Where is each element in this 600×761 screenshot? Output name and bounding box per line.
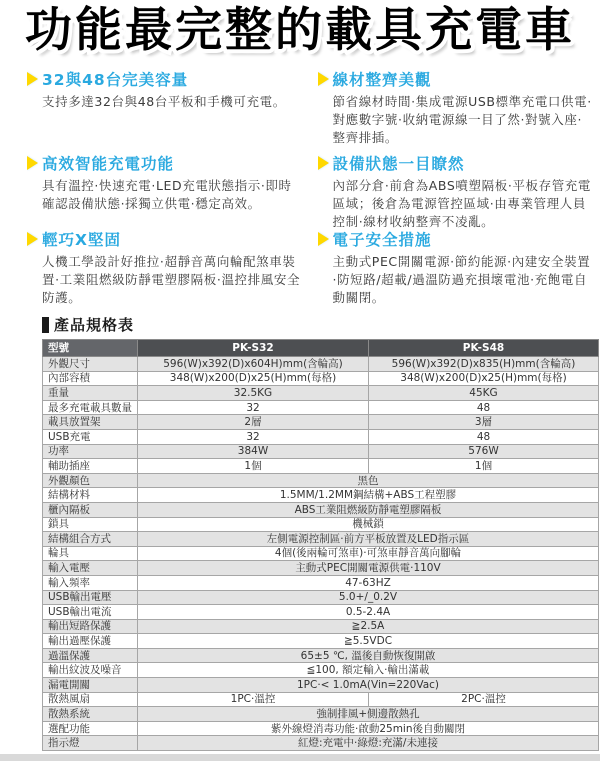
- spec-table-title: 產品規格表: [42, 314, 598, 335]
- spec-row-label: 輸出過壓保護: [43, 634, 138, 649]
- spec-row: 外觀顏色黑色: [43, 473, 599, 488]
- spec-row: 輸出過壓保護≧5.5VDC: [43, 634, 599, 649]
- feature-heading: 設備狀態一目瞭然: [333, 152, 465, 174]
- features-column-right: 線材整齊美觀節省線材時間·集成電源USB標準充電口供電·對應數字號·收納電源線一…: [318, 68, 595, 306]
- spec-value-pk-s48: 348(W)x200(D)x25(H)mm(每格): [369, 371, 599, 386]
- spec-row: 過溫保護65±5 ℃, 溫後自動恢復開啟: [43, 648, 599, 663]
- col-header-pk-s32: PK-S32: [138, 340, 369, 357]
- spec-row-label: 重量: [43, 386, 138, 401]
- triangle-bullet-icon: [318, 232, 329, 246]
- spec-row: 選配功能紫外線燈消毒功能·啟動25min後自動關閉: [43, 721, 599, 736]
- spec-value-pk-s48: 45KG: [369, 386, 599, 401]
- spec-value-merged: 65±5 ℃, 溫後自動恢復開啟: [138, 648, 599, 663]
- spec-row-label: 內部容積: [43, 371, 138, 386]
- triangle-bullet-icon: [27, 72, 38, 86]
- page-title-text: 功能最完整的載具充電車: [25, 3, 575, 58]
- features-section: 32與48台完美容量支持多達32台與48台平板和手機可充電。高效智能充電功能具有…: [0, 62, 600, 306]
- spec-value-merged: 黑色: [138, 473, 599, 488]
- spec-row-label: 結構材料: [43, 488, 138, 503]
- spec-row: 散熱系統強制排風+側邊散熱孔: [43, 707, 599, 722]
- spec-row-label: USB輸出電壓: [43, 590, 138, 605]
- spec-row: USB輸出電流0.5-2.4A: [43, 605, 599, 620]
- spec-row-label: 功率: [43, 444, 138, 459]
- spec-row: 載具放置架2層3層: [43, 415, 599, 430]
- spec-value-pk-s48: 3層: [369, 415, 599, 430]
- spec-table: 型號 PK-S32 PK-S48 外觀尺寸596(W)x392(D)x604H)…: [42, 339, 599, 751]
- spec-value-pk-s32: 1個: [138, 459, 369, 474]
- spec-value-pk-s32: 32.5KG: [138, 386, 369, 401]
- spec-value-merged: 1PC·< 1.0mA(Vin=220Vac): [138, 678, 599, 693]
- spec-value-pk-s32: 1PC·溫控: [138, 692, 369, 707]
- title-bar-icon: [42, 317, 49, 333]
- spec-row: 鎖具機械鎖: [43, 517, 599, 532]
- spec-value-merged: 強制排風+側邊散熱孔: [138, 707, 599, 722]
- spec-row-label: 鎖具: [43, 517, 138, 532]
- feature-heading: 輕巧X堅固: [42, 228, 121, 250]
- page-title: 功能最完整的載具充電車 功能最完整的載具充電車: [0, 2, 600, 62]
- feature-block: 電子安全措施主動式PEC開關電源·節約能源·內建安全裝置·防短路/超載/過溫防過…: [318, 228, 595, 306]
- feature-heading-row: 高效智能充電功能: [27, 152, 304, 174]
- feature-heading-row: 32與48台完美容量: [27, 68, 304, 90]
- triangle-bullet-icon: [27, 232, 38, 246]
- spec-row-label: 散熱風扇: [43, 692, 138, 707]
- spec-row: 散熱風扇1PC·溫控2PC·溫控: [43, 692, 599, 707]
- spec-row-label: 外觀顏色: [43, 473, 138, 488]
- feature-block: 高效智能充電功能具有溫控·快速充電·LED充電狀態指示·即時確認設備狀態·採獨立…: [27, 152, 304, 228]
- spec-value-pk-s32: 596(W)x392(D)x604H)mm(含輪高): [138, 357, 369, 372]
- feature-body: 人機工學設計好推拉·超靜音萬向輪配煞車裝置·工業阻燃級防靜電塑膠隔板·溫控排風安…: [42, 253, 304, 306]
- spec-row-label: 輔助插座: [43, 459, 138, 474]
- spec-row: 結構材料1.5MM/1.2MM鋼結構+ABS工程塑膠: [43, 488, 599, 503]
- spec-row-label: 外觀尺寸: [43, 357, 138, 372]
- feature-heading-row: 輕巧X堅固: [27, 228, 304, 250]
- spec-value-pk-s32: 32: [138, 400, 369, 415]
- spec-value-merged: 機械鎖: [138, 517, 599, 532]
- spec-value-pk-s48: 576W: [369, 444, 599, 459]
- feature-heading: 電子安全措施: [333, 228, 432, 250]
- spec-row-label: USB輸出電流: [43, 605, 138, 620]
- feature-block: 輕巧X堅固人機工學設計好推拉·超靜音萬向輪配煞車裝置·工業阻燃級防靜電塑膠隔板·…: [27, 228, 304, 306]
- spec-row-label: 櫃內隔板: [43, 502, 138, 517]
- spec-header-row: 型號 PK-S32 PK-S48: [43, 340, 599, 357]
- spec-row: USB輸出電壓5.0+/_0.2V: [43, 590, 599, 605]
- spec-value-merged: 4個(後兩輪可煞車)·可煞車靜音萬向腳輪: [138, 546, 599, 561]
- spec-row-label: 指示燈: [43, 736, 138, 751]
- feature-block: 設備狀態一目瞭然內部分倉·前倉為ABS噴塑隔板·平板存管充電區域；後倉為電源管控…: [318, 152, 595, 228]
- spec-value-pk-s48: 2PC·溫控: [369, 692, 599, 707]
- spec-row: 輪具4個(後兩輪可煞車)·可煞車靜音萬向腳輪: [43, 546, 599, 561]
- col-header-model: 型號: [43, 340, 138, 357]
- spec-row: 最多充電載具數量3248: [43, 400, 599, 415]
- feature-body: 具有溫控·快速充電·LED充電狀態指示·即時確認設備狀態·採獨立供電·穩定高效。: [42, 177, 304, 213]
- spec-row: 輸出短路保護≧2.5A: [43, 619, 599, 634]
- spec-value-merged: 5.0+/_0.2V: [138, 590, 599, 605]
- spec-value-pk-s48: 1個: [369, 459, 599, 474]
- spec-value-pk-s48: 48: [369, 400, 599, 415]
- triangle-bullet-icon: [318, 72, 329, 86]
- feature-heading-row: 線材整齊美觀: [318, 68, 595, 90]
- spec-value-merged: ≧5.5VDC: [138, 634, 599, 649]
- spec-row-label: 輸出紋波及噪音: [43, 663, 138, 678]
- spec-row: 輸入頻率47-63HZ: [43, 575, 599, 590]
- footer-band: [0, 754, 600, 761]
- spec-row: 結構組合方式左側電源控制區·前方平板放置及LED指示區: [43, 532, 599, 547]
- triangle-bullet-icon: [318, 156, 329, 170]
- spec-row-label: USB充電: [43, 429, 138, 444]
- feature-body: 主動式PEC開關電源·節約能源·內建安全裝置·防短路/超載/過溫防過充損壞電池·…: [333, 253, 595, 306]
- spec-table-title-text: 產品規格表: [54, 314, 134, 335]
- spec-row: 指示燈紅燈:充電中·綠燈:充滿/未連接: [43, 736, 599, 751]
- spec-value-pk-s32: 348(W)x200(D)x25(H)mm(每格): [138, 371, 369, 386]
- spec-row-label: 輪具: [43, 546, 138, 561]
- features-column-left: 32與48台完美容量支持多達32台與48台平板和手機可充電。高效智能充電功能具有…: [27, 68, 304, 306]
- spec-value-merged: ≧2.5A: [138, 619, 599, 634]
- feature-heading: 高效智能充電功能: [42, 152, 174, 174]
- spec-row-label: 選配功能: [43, 721, 138, 736]
- spec-value-merged: 紫外線燈消毒功能·啟動25min後自動關閉: [138, 721, 599, 736]
- spec-row-label: 結構組合方式: [43, 532, 138, 547]
- feature-body: 支持多達32台與48台平板和手機可充電。: [42, 93, 304, 111]
- spec-row-label: 輸入頻率: [43, 575, 138, 590]
- spec-row: 輸入電壓主動式PEC開關電源供電·110V: [43, 561, 599, 576]
- spec-row-label: 散熱系統: [43, 707, 138, 722]
- spec-row: 輸出紋波及噪音≦100, 額定輸入·輸出滿載: [43, 663, 599, 678]
- spec-value-pk-s32: 2層: [138, 415, 369, 430]
- spec-row: 外觀尺寸596(W)x392(D)x604H)mm(含輪高)596(W)x392…: [43, 357, 599, 372]
- feature-body: 內部分倉·前倉為ABS噴塑隔板·平板存管充電區域；後倉為電源管控區域·由專業管理…: [333, 177, 595, 228]
- spec-row: 櫃內隔板ABS工業阻燃級防靜電塑膠隔板: [43, 502, 599, 517]
- spec-row: 重量32.5KG45KG: [43, 386, 599, 401]
- feature-block: 32與48台完美容量支持多達32台與48台平板和手機可充電。: [27, 68, 304, 152]
- spec-value-pk-s48: 596(W)x392(D)x835(H)mm(含輪高): [369, 357, 599, 372]
- feature-body: 節省線材時間·集成電源USB標準充電口供電·對應數字號·收納電源線一目了然·對號…: [333, 93, 595, 147]
- feature-block: 線材整齊美觀節省線材時間·集成電源USB標準充電口供電·對應數字號·收納電源線一…: [318, 68, 595, 152]
- feature-heading: 線材整齊美觀: [333, 68, 432, 90]
- spec-row-label: 漏電開關: [43, 678, 138, 693]
- spec-value-pk-s48: 48: [369, 429, 599, 444]
- spec-value-merged: ABS工業阻燃級防靜電塑膠隔板: [138, 502, 599, 517]
- feature-heading-row: 電子安全措施: [318, 228, 595, 250]
- triangle-bullet-icon: [27, 156, 38, 170]
- spec-value-merged: 1.5MM/1.2MM鋼結構+ABS工程塑膠: [138, 488, 599, 503]
- spec-section: 產品規格表 型號 PK-S32 PK-S48 外觀尺寸596(W)x392(D)…: [42, 314, 598, 761]
- spec-row-label: 輸入電壓: [43, 561, 138, 576]
- spec-value-pk-s32: 384W: [138, 444, 369, 459]
- spec-value-merged: ≦100, 額定輸入·輸出滿載: [138, 663, 599, 678]
- spec-value-pk-s32: 32: [138, 429, 369, 444]
- spec-row: USB充電3248: [43, 429, 599, 444]
- spec-value-merged: 0.5-2.4A: [138, 605, 599, 620]
- spec-row: 輔助插座1個1個: [43, 459, 599, 474]
- feature-heading-row: 設備狀態一目瞭然: [318, 152, 595, 174]
- spec-value-merged: 左側電源控制區·前方平板放置及LED指示區: [138, 532, 599, 547]
- col-header-pk-s48: PK-S48: [369, 340, 599, 357]
- spec-row-label: 輸出短路保護: [43, 619, 138, 634]
- spec-row: 內部容積348(W)x200(D)x25(H)mm(每格)348(W)x200(…: [43, 371, 599, 386]
- spec-value-merged: 紅燈:充電中·綠燈:充滿/未連接: [138, 736, 599, 751]
- spec-row: 功率384W576W: [43, 444, 599, 459]
- spec-value-merged: 主動式PEC開關電源供電·110V: [138, 561, 599, 576]
- spec-row-label: 最多充電載具數量: [43, 400, 138, 415]
- spec-row-label: 載具放置架: [43, 415, 138, 430]
- spec-row: 漏電開關1PC·< 1.0mA(Vin=220Vac): [43, 678, 599, 693]
- spec-value-merged: 47-63HZ: [138, 575, 599, 590]
- feature-heading: 32與48台完美容量: [42, 68, 188, 90]
- spec-row-label: 過溫保護: [43, 648, 138, 663]
